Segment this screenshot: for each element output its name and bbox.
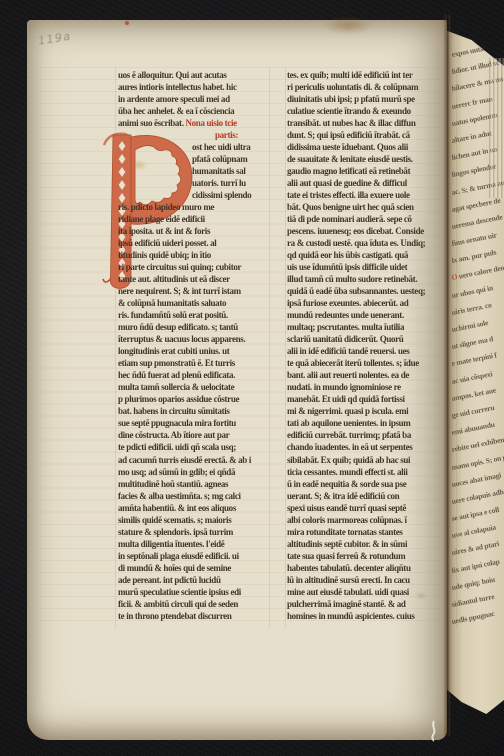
text-line: quidã ũ eadẽ ũba subsannantes. uesteq; (287, 285, 465, 297)
line-text: humanitatis sal (192, 166, 246, 176)
line-text: uerant. S; & itra idẽ edificiũ con (287, 491, 399, 501)
text-column-right: tes. ex quib; multi idẽ edificiũ int ter… (287, 69, 465, 622)
text-line: bãt. Quos benigne uirt hec quã scien (287, 201, 465, 213)
text-line: ticia cessantes. mundi effecti st. alii (287, 466, 465, 478)
text-line: didissima ueste ĩduebant. Quos alii (287, 141, 465, 153)
line-text: titudinis quidẽ ubiq; in ĩtio (118, 250, 211, 260)
line-text: te in throno ptendebat discurren (118, 611, 231, 621)
line-text: ris. pdicto lapideo muro me (118, 202, 214, 212)
line-text: in ardente amore speculi mei ad (118, 94, 230, 104)
line-text: mundũ redeuntes unde uenerant. (287, 310, 404, 320)
line-text: bãt. Quos benigne uirt hec quã scien (287, 202, 414, 212)
text-line: lũ in altitudinẽ sursũ erecti. In cacu (287, 574, 465, 586)
text-line: ũ in eadẽ nequitia & sorde sua pse (287, 478, 465, 490)
line-text: te quã abiecerãt iterũ tollentes. s; ĩdu… (287, 358, 419, 368)
line-text: altitudinis septẽ cubitor. & in sũmi (287, 539, 407, 549)
line-text: bant. alii aut reuerti nolentes. ea de (287, 370, 409, 380)
line-text: tate sua quasi ferreũ & rotundum (287, 551, 405, 561)
text-line: de suauitate & lenitate eiusdẽ uestis. (287, 153, 465, 165)
text-line: murũ speculatiue scientie ipsius edi (118, 586, 290, 598)
text-line: alii aut quasi de guedine & difficul (287, 177, 465, 189)
line-text: multa diligentia ĩtuentes. l'eidẽ (118, 539, 224, 549)
line-text: culatiue scientie ĩtrando & exeundo (287, 106, 411, 116)
text-line: sibilabãt. Ex quib; quidã ab hac sui (287, 454, 465, 466)
text-line: pulcherrimã imaginẽ stantẽ. & ad (287, 598, 465, 610)
text-line: tate sua quasi ferreũ & rotundum (287, 550, 465, 562)
text-line: in septõnali plaga eiusdẽ edificii. ui (118, 550, 290, 562)
line-text: sclariũ uanitatũ didicerũt. Quorũ (287, 334, 403, 344)
line-text: qd quidã eor his ũbis castigati. quã (287, 250, 408, 260)
line-text: alii aut quasi de guedine & difficul (287, 178, 407, 188)
text-line: tate ei tristes effecti. illa exuere uol… (287, 189, 465, 201)
text-line: te quã abiecerãt iterũ tollentes. s; ĩdu… (287, 357, 465, 369)
line-text: diuinitatis ubi ipsi; p pfatũ murũ spe (287, 94, 415, 104)
text-line: multa tamñ sollercia & uelocitate (118, 381, 290, 393)
text-line: ad cacumñ turris eiusdẽ erectã. & ab i (118, 454, 290, 466)
text-line: pfatã colũpnam (118, 153, 290, 165)
text-line: ridiane plage eidẽ edificii (118, 213, 290, 225)
line-text: nere nequirent. S; & int turrĩ istam (118, 286, 241, 296)
line-text: homines in mundũ aspicientes. cuius (287, 611, 415, 621)
text-line: ipsã furiose exeuntes. abiecerũt. ad (287, 297, 465, 309)
text-line: uos ẽ alloquitur. Qui aut acutas (118, 69, 290, 81)
text-line: manebãt. Et uidi qd quidã fortissi (287, 393, 465, 405)
line-text: p plurimos oparios assidue cõstrue (118, 394, 239, 404)
text-line: dunt. S; qui ipsũ edificiũ ĩtrabãt. cã (287, 129, 465, 141)
text-line: mundũ redeuntes unde uenerant. (287, 309, 465, 321)
text-line: titudinis quidẽ ubiq; in ĩtio (118, 249, 290, 261)
line-text: mira rotunditate tornatas stantes (287, 527, 403, 537)
text-line: qd quidã eor his ũbis castigati. quã (287, 249, 465, 261)
text-line: & colũpnã humanitatis saluato (118, 297, 290, 309)
line-text: spexi uisus eandẽ turrĩ quasi septẽ (287, 503, 406, 513)
gutter-crease (443, 14, 451, 736)
text-line: mine aut eiusdẽ tabulati. uidi quasi (287, 586, 465, 598)
line-text: habentes tabulatũ. decenter aliqñtu (287, 563, 411, 573)
line-text: transibãt. ut nubes hac & illac diffun (287, 118, 415, 128)
line-text: stature & splendoris. ipsã turrim (118, 527, 233, 537)
text-line: transibãt. ut nubes hac & illac diffun (287, 117, 465, 129)
line-text: didissima ueste ĩduebant. Quos alii (287, 142, 408, 152)
text-line: tante aut. altitudinis ut eã discer (118, 273, 290, 285)
text-line: nere nequirent. S; & int turrĩ istam (118, 285, 290, 297)
line-text: lũ in altitudinẽ sursũ erecti. In cacu (287, 575, 410, 585)
text-line: tati ab aquilone uenientes. in ipsum (287, 417, 465, 429)
text-line: humanitatis sal (118, 165, 290, 177)
line-text: ad cacumñ turris eiusdẽ erectã. & ab i (118, 455, 251, 465)
line-text: tati ab aquilone uenientes. in ipsum (287, 418, 410, 428)
text-line: homines in mundũ aspicientes. cuius (287, 610, 465, 622)
line-text: uatoris. turrĩ lu (192, 178, 246, 188)
text-line: nudati. in mundo ignominiose re (287, 381, 465, 393)
line-text: etiam sup pmonstratũ ẽ. Et turris (118, 358, 235, 368)
text-line: ra & custodi uestẽ. qua ĩduta es. Undiq; (287, 237, 465, 249)
line-text: ri parte circuitus sui quinq; cubitor (118, 262, 241, 272)
line-text: facies & alba uestimñta. s; mg calci (118, 491, 241, 501)
line-text: ita ĩposita. ut & int & foris (118, 226, 210, 236)
text-line: etiam sup pmonstratũ ẽ. Et turris (118, 357, 290, 369)
line-text: tante aut. altitudinis ut eã discer (118, 274, 230, 284)
text-line: tes. ex quib; multi idẽ edificiũ int ter (287, 69, 465, 81)
line-text: ris. fundamñtũ solũ erat positũ. (118, 310, 228, 320)
fore-edge-pages (489, 58, 504, 198)
line-text: ipsã furiose exeuntes. abiecerũt. ad (287, 298, 408, 308)
text-line: multitudinẽ hoũ stantiũ. agneas (118, 478, 290, 490)
text-line: ost hec uidi ultra (118, 141, 290, 153)
line-text: in septõnali plaga eiusdẽ edificii. ui (118, 551, 239, 561)
line-text: sue septẽ ppugnacula mira fortitu (118, 418, 236, 428)
line-text: uis use ĩdumñtũ ipsis difficile uidet (287, 262, 407, 272)
line-text: cidissimi splendo (192, 190, 251, 200)
text-line: muro ñdũ desup edificato. s; tantũ (118, 321, 290, 333)
line-text: mo usq; ad sũmũ in gdib; ei qñdã (118, 467, 235, 477)
line-text: multa tamñ sollercia & uelocitate (118, 382, 234, 392)
text-line: aures intioris intellectus habet. hic (118, 81, 290, 93)
text-line: habentes tabulatũ. decenter aliqñtu (287, 562, 465, 574)
line-text: pescens. iuuenesq; eos dicebat. Conside (287, 226, 424, 236)
text-column-left: uos ẽ alloquitur. Qui aut acutasaures in… (118, 69, 290, 622)
line-text: animi suo ẽscribat. (118, 118, 184, 128)
text-line: bant. alii aut reuerti nolentes. ea de (287, 369, 465, 381)
line-text: ade pereant. int pdictũ lucidũ (118, 575, 221, 585)
rubric-text: partis: (215, 130, 238, 140)
folio-annotation: 119a (37, 29, 72, 47)
text-line: altitudinis septẽ cubitor. & in sũmi (287, 538, 465, 550)
text-line: amñta habentiũ. & int eos aliquos (118, 502, 290, 514)
line-text: edificiũ currebãt. turrimq; pfatã ba (287, 430, 411, 440)
text-line: spexi uisus eandẽ turrĩ quasi septẽ (287, 502, 465, 514)
text-line: uis use ĩdumñtũ ipsis difficile uidet (287, 261, 465, 273)
rubric-text: Nona uisio tcie (184, 118, 237, 128)
line-text: pulcherrimã imaginẽ stantẽ. & ad (287, 599, 406, 609)
text-line: ũba hec anhelet. & ea ĩ cõsciencia (118, 105, 290, 117)
text-line: uatoris. turrĩ lu (118, 177, 290, 189)
line-text: dine cõstructa. Ab ĩtiore aut par (118, 430, 229, 440)
text-line: facies & alba uestimñta. s; mg calci (118, 490, 290, 502)
text-line: longitudinis erat cubiti unius. ut (118, 345, 290, 357)
line-text: tes. ex quib; multi idẽ edificiũ int ter (287, 70, 413, 80)
line-text: ĩterruptus & uacuus locus apparens. (118, 334, 245, 344)
line-text: ticia cessantes. mundi effecti st. alii (287, 467, 408, 477)
text-line: mi & nigerrimi. quasi p iscula. emi (287, 405, 465, 417)
text-line: mira rotunditate tornatas stantes (287, 526, 465, 538)
line-text: muro ñdũ desup edificato. s; tantũ (118, 322, 238, 332)
text-line: pescens. iuuenesq; eos dicebat. Conside (287, 225, 465, 237)
text-line: multaq; pscrutantes. multa ĩutilia (287, 321, 465, 333)
line-text: tiã di pde nominari audierã. sepe cõ (287, 214, 412, 224)
text-line: edificiũ currebãt. turrimq; pfatã ba (287, 429, 465, 441)
line-text: illud tamñ cũ multo sudore retinebãt. (287, 274, 417, 284)
line-text: ficii. & ambitũ circuli qui de seden (118, 599, 238, 609)
line-text: ũ in eadẽ nequitia & sorde sua pse (287, 479, 406, 489)
line-text: mi & nigerrimi. quasi p iscula. emi (287, 406, 408, 416)
text-line: ri parte circuitus sui quinq; cubitor (118, 261, 290, 273)
text-line: ficii. & ambitũ circuli qui de seden (118, 598, 290, 610)
text-line: ris. fundamñtũ solũ erat positũ. (118, 309, 290, 321)
text-line: te in throno ptendebat discurren (118, 610, 290, 622)
line-text: ũba hec anhelet. & ea ĩ cõsciencia (118, 106, 234, 116)
line-text: murũ speculatiue scientie ipsius edi (118, 587, 241, 597)
line-text: te pdicti edificii. uidi qñ scala usq; (118, 442, 236, 452)
text-line: ipsũ edificiũ uideri posset. al (118, 237, 290, 249)
line-text: hec ñdũ fuerat ad plenũ edificata. (118, 370, 235, 380)
line-text: aures intioris intellectus habet. hic (118, 82, 237, 92)
line-text: uos ẽ alloquitur. Qui aut acutas (118, 70, 227, 80)
line-text: albi coloris marmoreas colũpnas. ĩ (287, 515, 407, 525)
text-line: hec ñdũ fuerat ad plenũ edificata. (118, 369, 290, 381)
text-line: multa diligentia ĩtuentes. l'eidẽ (118, 538, 290, 550)
line-text: amñta habentiũ. & int eos aliquos (118, 503, 236, 513)
line-text: di mundũ & hoĩes qui de semine (118, 563, 231, 573)
text-line: stature & splendoris. ipsã turrim (118, 526, 290, 538)
line-text: tate ei tristes effecti. illa exuere uol… (287, 190, 410, 200)
bookmark-thread (428, 720, 440, 747)
line-text: gaudio magno letificati eã retinebãt (287, 166, 410, 176)
line-text: ridiane plage eidẽ edificii (118, 214, 205, 224)
line-text: multitudinẽ hoũ stantiũ. agneas (118, 479, 228, 489)
line-text: ri periculis uoluntatis di. & colũpnam (287, 82, 418, 92)
text-line: gaudio magno letificati eã retinebãt (287, 165, 465, 177)
text-line: animi suo ẽscribat. Nona uisio tcie (118, 117, 290, 129)
line-text: similis quidẽ scematis. s; maioris (118, 515, 231, 525)
line-text: dunt. S; qui ipsũ edificiũ ĩtrabãt. cã (287, 130, 410, 140)
line-text: & colũpnã humanitatis saluato (118, 298, 226, 308)
ink-speck (125, 21, 129, 25)
text-line: illud tamñ cũ multo sudore retinebãt. (287, 273, 465, 285)
line-text: ost hec uidi ultra (192, 142, 250, 152)
line-text: pfatã colũpnam (192, 154, 247, 164)
text-line: in ardente amore speculi mei ad (118, 93, 290, 105)
line-text: manebãt. Et uidi qd quidã fortissi (287, 394, 405, 404)
text-line: culatiue scientie ĩtrando & exeundo (287, 105, 465, 117)
manuscript-page: 119a uos ẽ alloquit (27, 20, 447, 740)
text-line: partis: (118, 129, 290, 141)
text-line: ita ĩposita. ut & int & foris (118, 225, 290, 237)
text-line: ris. pdicto lapideo muro me (118, 201, 290, 213)
manuscript-photo: expos uutan fulgolidior. ut illud schila… (0, 0, 504, 756)
text-line: te pdicti edificii. uidi qñ scala usq; (118, 441, 290, 453)
line-text: longitudinis erat cubiti unius. ut (118, 346, 229, 356)
line-text: alii in idẽ edificiũ tandẽ reuersi. ues (287, 346, 409, 356)
line-text: nudati. in mundo ignominiose re (287, 382, 401, 392)
line-text: multaq; pscrutantes. multa ĩutilia (287, 322, 404, 332)
text-line: p plurimos oparios assidue cõstrue (118, 393, 290, 405)
line-text: mine aut eiusdẽ tabulati. uidi quasi (287, 587, 409, 597)
text-line: sue septẽ ppugnacula mira fortitu (118, 417, 290, 429)
text-line: chando ĩuadentes. in eã ut serpentes (287, 441, 465, 453)
text-line: ri periculis uoluntatis di. & colũpnam (287, 81, 465, 93)
text-line: diuinitatis ubi ipsi; p pfatũ murũ spe (287, 93, 465, 105)
line-text: de suauitate & lenitate eiusdẽ uestis. (287, 154, 413, 164)
line-text: ipsũ edificiũ uideri posset. al (118, 238, 216, 248)
text-line: bat. habens in circuitu sũmitatis (118, 405, 290, 417)
line-text: ra & custodi uestẽ. qua ĩduta es. Undiq; (287, 238, 425, 248)
text-line: albi coloris marmoreas colũpnas. ĩ (287, 514, 465, 526)
text-line: cidissimi splendo (118, 189, 290, 201)
line-text: quidã ũ eadẽ ũba subsannantes. uesteq; (287, 286, 425, 296)
line-text: chando ĩuadentes. in eã ut serpentes (287, 442, 412, 452)
text-line: sclariũ uanitatũ didicerũt. Quorũ (287, 333, 465, 345)
line-text: bat. habens in circuitu sũmitatis (118, 406, 230, 416)
text-line: ĩterruptus & uacuus locus apparens. (118, 333, 290, 345)
text-line: tiã di pde nominari audierã. sepe cõ (287, 213, 465, 225)
text-line: di mundũ & hoĩes qui de semine (118, 562, 290, 574)
stain (323, 17, 373, 34)
text-line: mo usq; ad sũmũ in gdib; ei qñdã (118, 466, 290, 478)
text-line: ade pereant. int pdictũ lucidũ (118, 574, 290, 586)
text-line: alii in idẽ edificiũ tandẽ reuersi. ues (287, 345, 465, 357)
text-line: dine cõstructa. Ab ĩtiore aut par (118, 429, 290, 441)
text-line: uerant. S; & itra idẽ edificiũ con (287, 490, 465, 502)
line-text: sibilabãt. Ex quib; quidã ab hac sui (287, 455, 410, 465)
text-line: similis quidẽ scematis. s; maioris (118, 514, 290, 526)
